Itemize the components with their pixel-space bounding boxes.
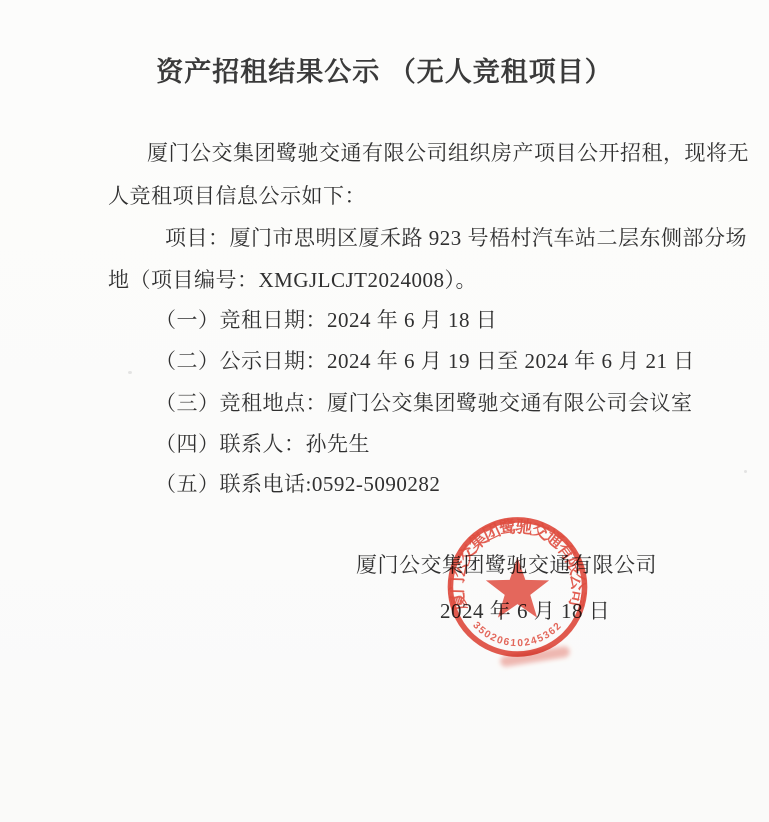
seal-star-icon	[486, 557, 549, 617]
body-line-2: 人竞租项目信息公示如下：	[108, 182, 728, 210]
body-line-3: 项目：厦门市思明区厦禾路 923 号梧村汽车站二层东侧部分场	[108, 224, 769, 252]
body-line-item-5: （五）联系电话:0592-5090282	[108, 470, 769, 498]
body-line-item-1: （一）竞租日期：2024 年 6 月 18 日	[108, 306, 769, 334]
body-line-item-2: （二）公示日期：2024 年 6 月 19 日至 2024 年 6 月 21 日	[108, 347, 769, 375]
body-line-item-3: （三）竞租地点：厦门公交集团鹭驰交通有限公司会议室	[108, 389, 769, 417]
scan-speck	[128, 371, 132, 374]
body-line-1: 厦门公交集团鹭驰交通有限公司组织房产项目公开招租，现将无	[108, 139, 767, 167]
body-line-4: 地（项目编号：XMGJLCJT2024008）。	[108, 266, 728, 294]
document-title: 资产招租结果公示 （无人竞租项目）	[0, 50, 769, 89]
scan-speck	[744, 470, 747, 473]
document-page: 资产招租结果公示 （无人竞租项目） 厦门公交集团鹭驰交通有限公司组织房产项目公开…	[0, 0, 769, 822]
official-seal: 厦门公交集团鹭驰交通有限公司 35020610245362	[441, 513, 594, 661]
body-line-item-4: （四）联系人：孙先生	[108, 430, 769, 458]
